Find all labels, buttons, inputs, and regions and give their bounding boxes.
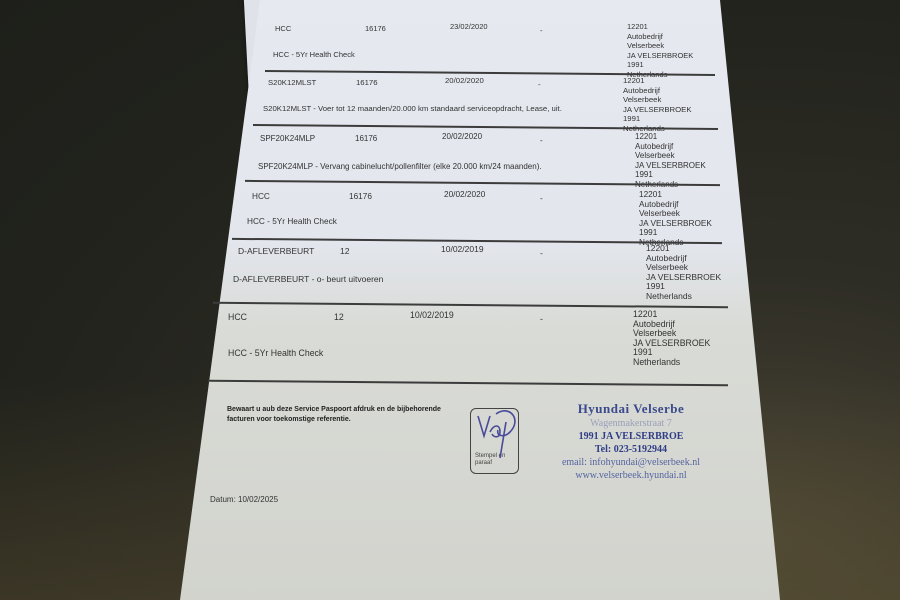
address-line: Netherlands (646, 292, 721, 302)
address-line: Velserbeek (623, 95, 692, 105)
dealer-number: 16176 (355, 134, 377, 143)
address-line: Velserbeek (635, 151, 706, 161)
service-date: 10/02/2019 (441, 244, 484, 254)
service-description: HCC - 5Yr Health Check (247, 217, 337, 226)
print-date: Datum: 10/02/2025 (210, 495, 278, 504)
address-line: 12201 (639, 190, 712, 200)
address-line: Autobedrijf (635, 142, 706, 152)
service-code: HCC (228, 312, 247, 322)
address-line: Velserbeek (639, 209, 712, 219)
service-description: HCC - 5Yr Health Check (228, 348, 323, 358)
dealer-address: 12201AutobedrijfVelserbeekJA VELSERBROEK… (639, 190, 712, 247)
mileage: - (540, 248, 543, 258)
dealer-address: 12201AutobedrijfVelserbeekJA VELSERBROEK… (627, 22, 693, 79)
address-line: 1991 (639, 228, 712, 238)
dealer-stamp: Hyundai Velserbe Wagenmakerstraat 7 1991… (531, 401, 731, 482)
dealer-number: 12 (334, 312, 344, 322)
dealer-address: 12201AutobedrijfVelserbeekJA VELSERBROEK… (635, 132, 706, 189)
service-code: HCC (252, 192, 270, 201)
dealer-email: email: infohyundai@velserbeek.nl (531, 456, 731, 469)
dealer-address: 12201AutobedrijfVelserbeekJA VELSERBROEK… (633, 310, 710, 367)
mileage: - (540, 26, 543, 35)
dealer-address: 12201AutobedrijfVelserbeekJA VELSERBROEK… (623, 76, 692, 133)
service-date: 10/02/2019 (410, 310, 454, 320)
address-line: JA VELSERBROEK (627, 51, 693, 61)
service-date: 20/02/2020 (445, 76, 484, 85)
dealer-street: Wagenmakerstraat 7 (531, 417, 731, 430)
address-line: JA VELSERBROEK (639, 219, 712, 229)
service-description: S20K12MLST - Voer tot 12 maanden/20.000 … (263, 104, 562, 113)
address-line: JA VELSERBROEK (635, 161, 706, 171)
service-date: 20/02/2020 (442, 132, 482, 141)
dealer-city: 1991 JA VELSERBROE (531, 430, 731, 443)
dealer-number: 12 (340, 246, 349, 256)
service-description: D-AFLEVERBEURT - o- beurt uitvoeren (233, 274, 383, 284)
address-line: Autobedrijf (627, 32, 693, 42)
address-line: 1991 (635, 170, 706, 180)
service-code: HCC (275, 24, 291, 33)
dealer-name: Hyundai Velserbe (531, 401, 731, 417)
address-line: 1991 (623, 114, 692, 124)
dealer-address: 12201AutobedrijfVelserbeekJA VELSERBROEK… (646, 244, 721, 301)
address-line: 12201 (623, 76, 692, 86)
address-line: 12201 (635, 132, 706, 142)
service-code: S20K12MLST (268, 78, 316, 87)
address-line: 12201 (627, 22, 693, 32)
service-description: HCC - 5Yr Health Check (273, 50, 355, 59)
service-date: 23/02/2020 (450, 22, 488, 31)
dealer-number: 16176 (349, 192, 372, 201)
address-line: Autobedrijf (623, 86, 692, 96)
mileage: - (540, 136, 543, 145)
service-code: SPF20K24MLP (260, 134, 315, 143)
address-line: Autobedrijf (639, 200, 712, 210)
keep-record-note: Bewaart u aub deze Service Paspoort afdr… (227, 405, 447, 425)
dealer-website: www.velserbeek.hyundai.nl (531, 469, 731, 482)
mileage: - (538, 80, 541, 89)
service-date: 20/02/2020 (444, 190, 485, 199)
address-line: JA VELSERBROEK (623, 105, 692, 115)
address-line: Velserbeek (627, 41, 693, 51)
mileage: - (540, 194, 543, 203)
signature-icon (470, 402, 530, 462)
address-line: Netherlands (633, 358, 710, 368)
dealer-number: 16176 (356, 78, 378, 87)
dealer-number: 16176 (365, 24, 386, 33)
dealer-phone: Tel: 023-5192944 (531, 443, 731, 456)
service-description: SPF20K24MLP - Vervang cabinelucht/pollen… (258, 162, 542, 171)
mileage: - (540, 314, 543, 324)
service-code: D-AFLEVERBEURT (238, 246, 314, 256)
address-line: 1991 (627, 60, 693, 70)
